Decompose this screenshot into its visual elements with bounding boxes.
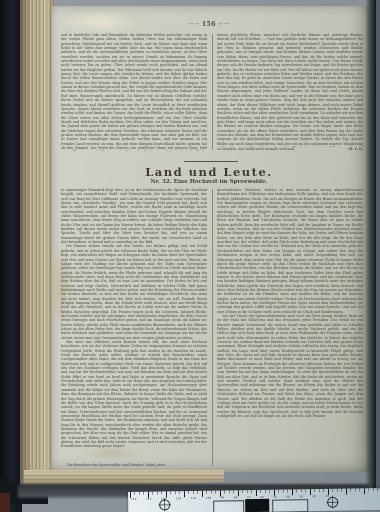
paragraph: In eigenartiger Romantik liegt dort, wo …	[61, 188, 207, 244]
adjacent-page-sliver	[376, 0, 380, 492]
photo-scale-ruler: 150 140 130 120 110 100 90 80 70 60 50 4…	[128, 488, 380, 512]
top-right-column: hatten glückliche Eltern, zwischen sich …	[217, 33, 363, 151]
ruler-crosshair-left-icon	[158, 498, 171, 511]
article-signature: M. v. E.	[348, 147, 363, 151]
article-text-block: In eigenartiger Romantik liegt dort, wo …	[61, 188, 363, 467]
paragraph: Wer aber das Völkchen recht kennen lerne…	[61, 340, 207, 449]
paragraph: Die Häuser stehen einzeln auf den Inseln…	[61, 244, 207, 340]
page-number-row: —·» 156 «·—	[52, 21, 366, 28]
article-right-column: geschmückten Mädchen, welche in dem ehem…	[217, 188, 363, 467]
article-end-text: zu erhalten, das Mißbrauch niemals verst…	[217, 147, 295, 151]
book-page: —·» 156 «·— und in herrlicher Öde und Ei…	[52, 6, 370, 472]
top-text-block: und in herrlicher Öde und Einsamkeit, di…	[61, 33, 363, 151]
page-number-flourish-left: —·»	[188, 21, 199, 27]
ruler-outline-patch-right	[272, 499, 308, 512]
ruler-black-patch	[245, 499, 269, 512]
section-subtitle: Nr. 32. Eine Hochzeit im Spreewalde.	[52, 179, 366, 185]
article-left-column: In eigenartiger Romantik liegt dort, wo …	[61, 188, 207, 467]
page-number: 156	[202, 21, 216, 28]
top-right-column-text: hatten glückliche Eltern, zwischen sich …	[217, 33, 363, 147]
article-left-text: In eigenartiger Romantik liegt dort, wo …	[61, 188, 207, 463]
column-divider	[212, 189, 213, 466]
section-title: Land und Leute.	[52, 165, 366, 179]
top-left-column: und in herrlicher Öde und Einsamkeit, di…	[61, 33, 207, 151]
article-end-line: zu erhalten, das Mißbrauch niemals verst…	[217, 147, 363, 151]
article-left-last-text: Die Bewohner des Spreewaldes sind Wenden…	[67, 463, 165, 467]
section-divider-rule	[184, 161, 238, 162]
page-stack-fore-edge	[20, 0, 54, 492]
ruler-crosshair-right-icon	[326, 496, 339, 509]
paragraph: geschmückten Mädchen, welche in dem ehem…	[217, 188, 363, 314]
page-number-flourish-right: «·—	[218, 21, 229, 27]
ruler-outline-patch-left	[213, 500, 244, 512]
book-scan-photo: —·» 156 «·— und in herrlicher Öde und Ei…	[0, 0, 380, 512]
book-cover-corner	[0, 493, 10, 512]
article-left-last-line: Die Bewohner des Spreewaldes sind Wenden…	[61, 463, 207, 467]
column-divider	[212, 34, 213, 150]
book-cover-spine	[0, 0, 22, 512]
paragraph: Von der Tracht der Spreewälderinnen muß …	[217, 314, 363, 418]
